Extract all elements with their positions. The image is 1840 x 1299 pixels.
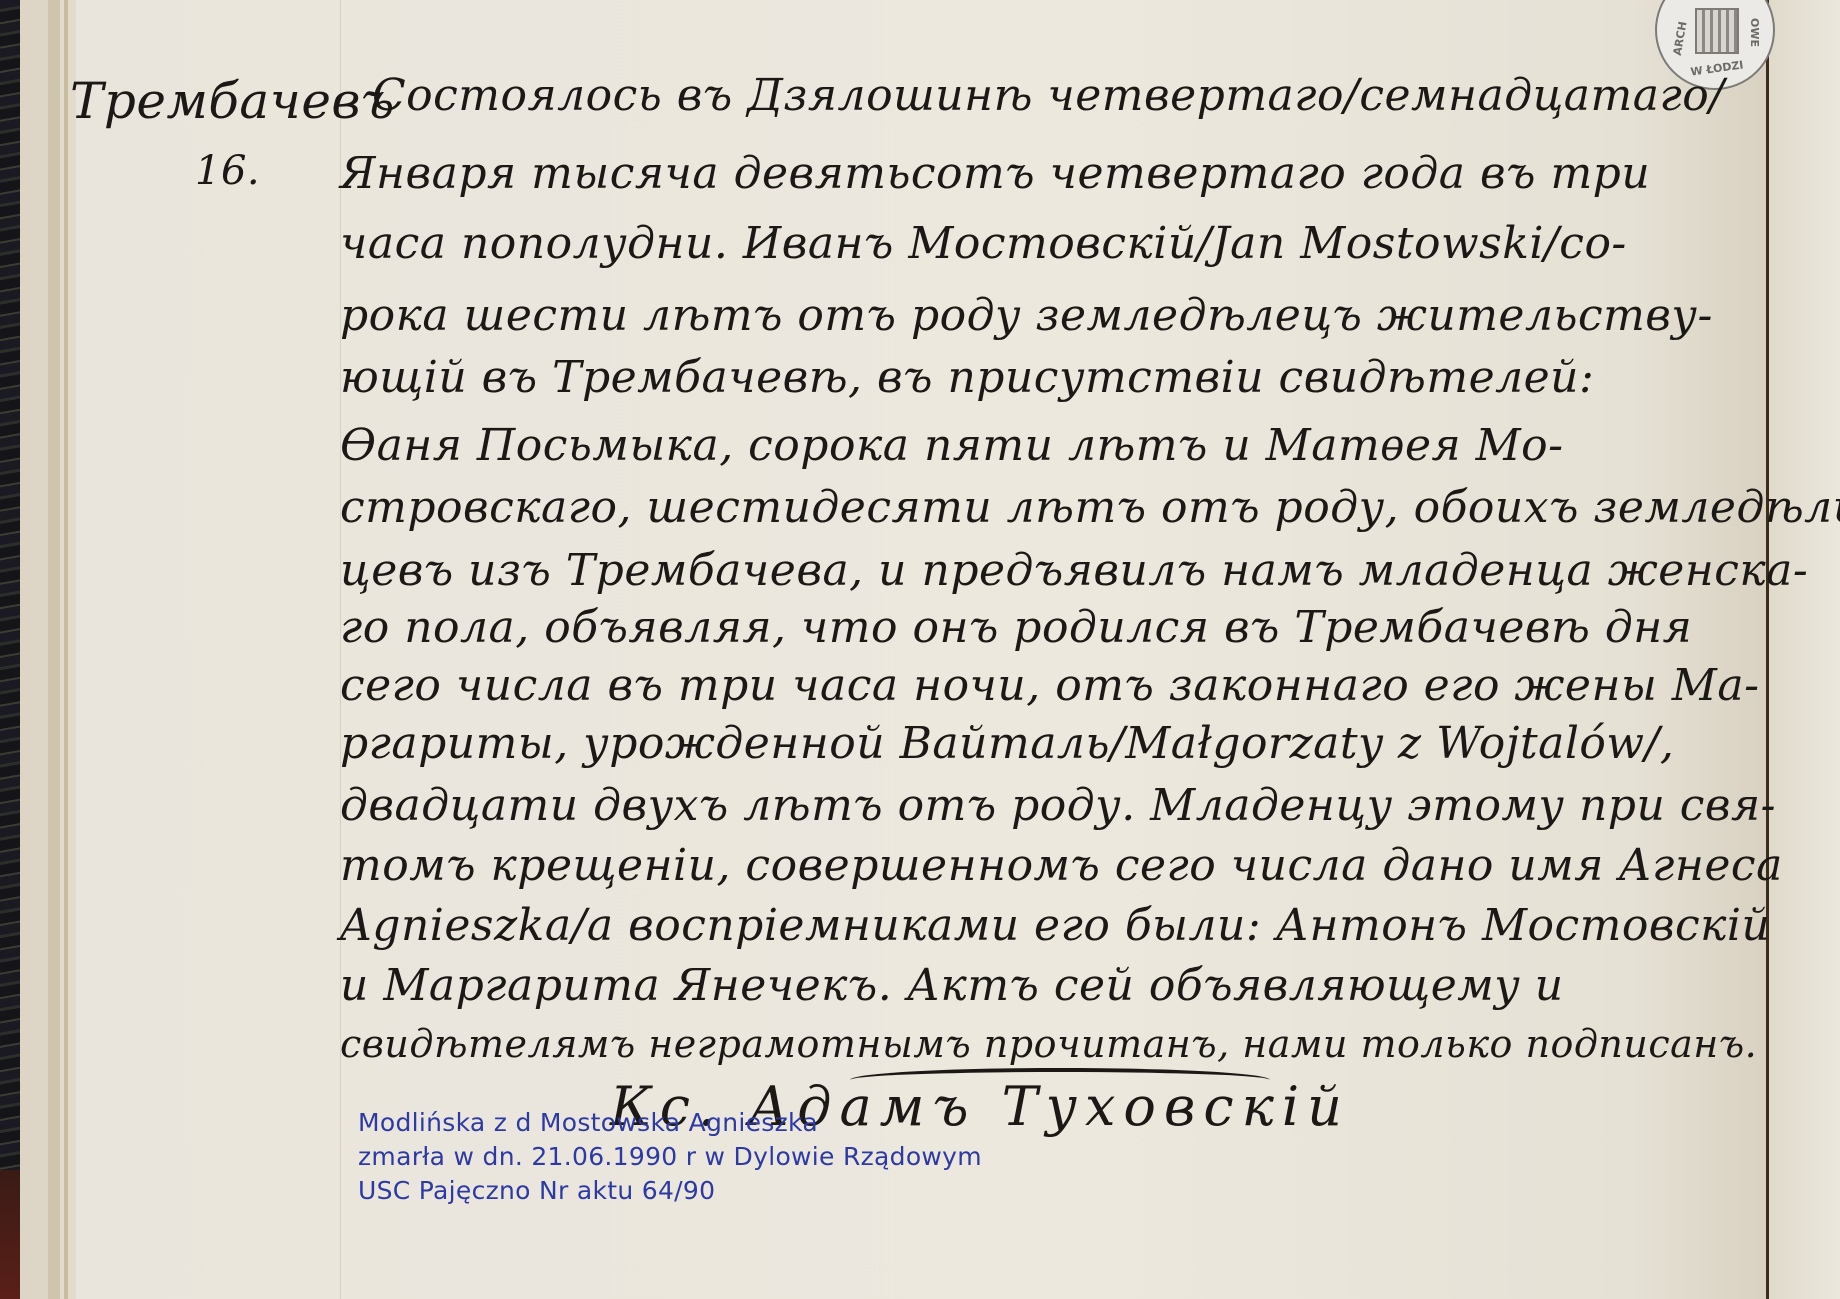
- stamp-text-right: OWE: [1748, 18, 1761, 47]
- record-line: ргариты, урожденной Вайталь/Małgorzaty z…: [340, 718, 1674, 769]
- book-cover-edge: [0, 0, 20, 1299]
- facing-page-edge: [1769, 0, 1840, 1299]
- record-line: ющій въ Трембачевѣ, въ присутствіи свидѣ…: [340, 352, 1594, 403]
- record-line: Ѳаня Посьмыка, сорока пяти лѣтъ и Матѳея…: [340, 420, 1564, 471]
- annotation-line: zmarła w dn. 21.06.1990 r w Dylowie Rząd…: [358, 1142, 982, 1171]
- record-line: сего числа въ три часа ночи, отъ законна…: [340, 660, 1759, 711]
- record-line: и Маргарита Янечекъ. Актъ сей объявляюще…: [340, 960, 1564, 1011]
- record-line: Agnieszka/а воспріемниками его были: Ант…: [340, 900, 1770, 951]
- record-line: го пола, объявляя, что онъ родился въ Тр…: [340, 602, 1692, 653]
- record-line: томъ крещеніи, совершенномъ сего числа д…: [340, 840, 1783, 891]
- stamp-text-left: ARCH: [1671, 20, 1690, 56]
- record-line: стровскаго, шестидесяти лѣтъ отъ роду, о…: [340, 482, 1840, 533]
- record-line: цевъ изъ Трембачева, и предъявилъ намъ м…: [340, 545, 1808, 596]
- entry-number: 16.: [195, 148, 260, 194]
- book-cover-corner: [0, 1170, 20, 1299]
- building-icon: [1695, 8, 1739, 54]
- record-line: двадцати двухъ лѣтъ отъ роду. Младенцу э…: [340, 780, 1776, 831]
- annotation-line: USC Pajęczno Nr aktu 64/90: [358, 1176, 715, 1205]
- record-line: Января тысяча девятьсотъ четвертаго года…: [340, 148, 1650, 199]
- record-line: рока шести лѣтъ отъ роду земледѣлецъ жит…: [340, 290, 1713, 341]
- annotation-line: Modlińska z d Mostowska Agnieszka: [358, 1108, 818, 1137]
- margin-place-name: Трембачевъ: [70, 72, 395, 130]
- record-line: свидѣтелямъ неграмотнымъ прочитанъ, нами…: [340, 1022, 1757, 1066]
- document-scan: ARCH OWE W ŁODZI Трембачевъ 16. Состояло…: [0, 0, 1840, 1299]
- record-line: часа пополудни. Иванъ Мостовскій/Jan Mos…: [340, 218, 1627, 269]
- page-edge-stack: [20, 0, 76, 1299]
- record-line: Состоялось въ Дзялошинѣ четвертаго/семна…: [372, 70, 1725, 121]
